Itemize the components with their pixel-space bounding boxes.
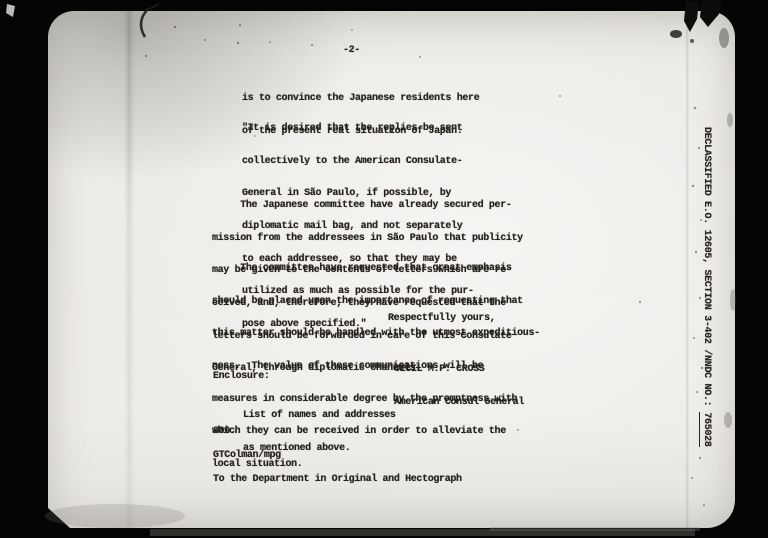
enclosure-label: Enclosure:: [213, 372, 270, 383]
declassified-stamp-text: DECLASSIFIED E.O. 12605, SECTION 3-402 /…: [701, 127, 712, 406]
letter-line: collectively to the American Consulate-: [242, 157, 474, 168]
letter-line: should be placed upon the importance of …: [212, 297, 540, 308]
border-nick: [6, 4, 15, 17]
letter-line: this matter should be handled with the u…: [212, 329, 540, 340]
signature-title: American Consul General: [394, 397, 524, 408]
next-frame-strip: [150, 529, 695, 536]
scratch-mark: [147, 4, 159, 10]
declassified-stamp-number: 765028: [700, 412, 713, 446]
page-number: -2-: [343, 46, 360, 57]
distribution-note: To the Department in Original and Hectog…: [213, 475, 462, 486]
letter-line: List of names and addresses: [243, 411, 396, 422]
signature-name: CECIL M.P. CROSS: [394, 364, 524, 375]
enclosure-items: List of names and addresses as mentioned…: [243, 389, 396, 476]
declassified-stamp: DECLASSIFIED E.O. 12605, SECTION 3-402 /…: [701, 127, 712, 447]
page-edge-seam: [686, 11, 689, 528]
letter-line: The Japanese committee have already secu…: [212, 201, 523, 212]
file-number: 800.: [213, 427, 236, 438]
drafter-initials: GTColman/mpg: [213, 451, 281, 462]
letter-line: "It is desired that the replies be sent: [242, 124, 474, 135]
signature-block: CECIL M.P. CROSS American Consul General: [394, 342, 524, 430]
complimentary-closing: Respectfully yours,: [388, 314, 495, 325]
letter-line: The committee have requested that great …: [212, 264, 540, 275]
page-crease: [124, 11, 136, 528]
document-page: -2- is to convince the Japanese resident…: [48, 11, 735, 528]
